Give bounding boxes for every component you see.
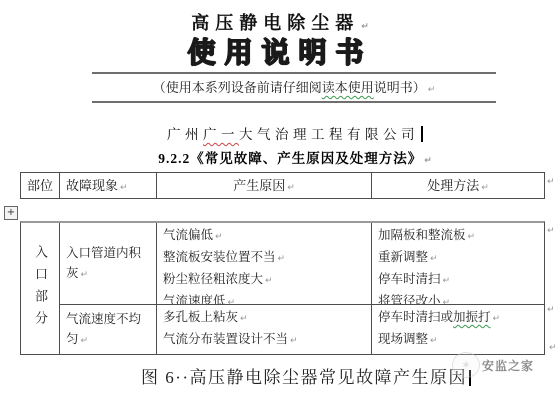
paragraph-mark-icon — [276, 250, 286, 264]
fault-table-header: 部位 故障现象 产生原因 处理方法 — [20, 172, 545, 199]
paragraph-mark-icon: ↵ — [547, 305, 555, 315]
paragraph-mark-icon: ↵ — [547, 226, 555, 236]
watermark-seal-icon: ✶ — [452, 352, 480, 378]
header-cell-symptom[interactable]: 故障现象 — [59, 173, 156, 198]
paragraph-mark-icon — [226, 294, 236, 304]
notice-text-post: 说明书） — [374, 80, 426, 95]
paragraph-mark-icon — [428, 332, 438, 346]
document-subtitle: 使用说明书 — [0, 31, 560, 71]
company-post: 大气治理工程有限公司 — [239, 127, 419, 142]
company-line: 广州广一大气治理工程有限公司 — [0, 123, 560, 143]
table-cell-symptom-2[interactable]: 气流速度不均 匀 — [59, 304, 156, 354]
document-page: 高压静电除尘器 使用说明书 （使用本系列设备前请仔细阅读本使用说明书） 广州广一… — [0, 0, 560, 401]
section-heading-text: 9.2.2《常见故障、产生原因及处理方法》 — [158, 151, 422, 166]
paragraph-mark-icon — [422, 151, 432, 166]
table-move-handle-icon[interactable]: + — [4, 206, 18, 220]
notice-box: （使用本系列设备前请仔细阅读本使用说明书） — [92, 72, 496, 103]
solution-spellchecked: 加振打 — [453, 310, 491, 324]
header-cell-part[interactable]: 部位 — [21, 173, 59, 198]
header-cell-cause[interactable]: 产生原因 — [156, 173, 371, 198]
text-cursor — [421, 126, 423, 142]
paragraph-mark-icon — [359, 13, 369, 33]
company-pre: 广州 — [167, 127, 203, 142]
paragraph-mark-icon — [479, 178, 489, 193]
table-cell-solutions-1[interactable]: 加隔板和整流板 重新调整 停车时清扫 将管径改小 — [371, 223, 544, 304]
paragraph-mark-icon — [238, 310, 248, 324]
table-cell-solutions-2[interactable]: 停车时清扫或加振打 现场调整 — [371, 304, 544, 354]
paragraph-mark-icon — [79, 332, 89, 346]
table-cell-symptom-1[interactable]: 入口管道内积 灰 — [59, 223, 156, 304]
figure-caption-text: 图 6··高压静电除尘器常见故障产生原因 — [141, 368, 467, 387]
paragraph-mark-icon — [79, 266, 89, 280]
table-cell-causes-1[interactable]: 气流偏低 整流板安装位置不当 粉尘粒径粗浓度大 气流速度低 — [156, 223, 371, 304]
section-heading: 9.2.2《常见故障、产生原因及处理方法》 — [0, 147, 560, 167]
header-cell-solution[interactable]: 处理方法 — [371, 173, 544, 198]
company-spellchecked: 广一 — [203, 127, 239, 142]
notice-text-spellchecked: 读本使用 — [322, 80, 374, 95]
paragraph-mark-icon: ↵ — [549, 343, 557, 353]
paragraph-mark-icon — [288, 332, 298, 346]
notice-text-pre: （使用本系列设备前请仔细阅 — [153, 80, 322, 95]
paragraph-mark-icon: ↵ — [547, 177, 555, 187]
watermark-text: 安监之家 — [482, 357, 534, 374]
document-subtitle-text: 使用说明书 — [187, 37, 372, 68]
paragraph-mark-icon — [428, 250, 438, 264]
paragraph-mark-icon — [263, 272, 273, 286]
paragraph-mark-icon — [466, 228, 476, 242]
table-cell-causes-2[interactable]: 多孔板上粘灰 气流分布装置设计不当 — [156, 304, 371, 354]
paragraph-mark-icon — [426, 80, 436, 95]
document-title-text: 高压静电除尘器 — [191, 13, 359, 33]
paragraph-mark-icon — [285, 178, 295, 193]
fault-table-body: 入口部分 入口管道内积 灰 气流偏低 整流板安装位置不当 粉尘粒径粗浓度大 气流… — [20, 221, 545, 355]
paragraph-mark-icon — [491, 310, 501, 324]
paragraph-mark-icon — [441, 294, 451, 304]
part-label-vertical: 入口部分 — [30, 245, 50, 333]
paragraph-mark-icon — [118, 178, 128, 193]
table-cell-part[interactable]: 入口部分 — [21, 223, 59, 354]
paragraph-mark-icon — [441, 272, 451, 286]
paragraph-mark-icon — [213, 228, 223, 242]
